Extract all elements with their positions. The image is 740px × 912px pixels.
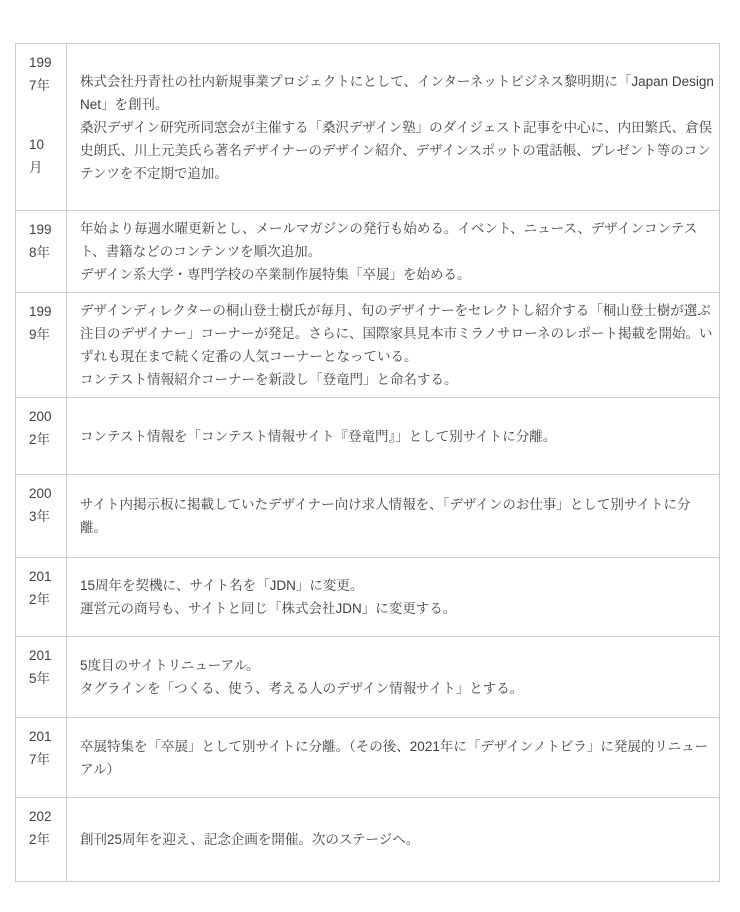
year-label: 1997年 [29, 51, 54, 97]
description-paragraph: 運営元の商号も、サイトと同じ「株式会社JDN」に変更する。 [80, 597, 714, 620]
table-row: 2022年 創刊25周年を迎え、記念企画を開催。次のステージへ。 [16, 798, 720, 882]
table-row: 2002年 コンテスト情報を「コンテスト情報サイト『登竜門』」として別サイトに分… [16, 398, 720, 475]
history-table: 1997年 10月 株式会社丹青社の社内新規事業プロジェクトにとして、インターネ… [15, 43, 720, 882]
description-cell: 創刊25周年を迎え、記念企画を開催。次のステージへ。 [67, 798, 720, 882]
description-paragraph: サイト内掲示板に掲載していたデザイナー向け求人情報を、「デザインのお仕事」として… [80, 493, 714, 539]
history-table-container: 1997年 10月 株式会社丹青社の社内新規事業プロジェクトにとして、インターネ… [15, 43, 720, 882]
year-cell: 2015年 [16, 637, 67, 718]
year-label: 2002年 [29, 405, 54, 451]
description-cell: 卒展特集を「卒展」として別サイトに分離。（その後、2021年に「デザインノトビラ… [67, 718, 720, 798]
year-label: 2022年 [29, 805, 54, 851]
year-cell: 2022年 [16, 798, 67, 882]
table-row: 2017年 卒展特集を「卒展」として別サイトに分離。（その後、2021年に「デザ… [16, 718, 720, 798]
year-label: 2012年 [29, 565, 54, 611]
month-label: 10月 [29, 133, 54, 179]
history-table-body: 1997年 10月 株式会社丹青社の社内新規事業プロジェクトにとして、インターネ… [16, 44, 720, 882]
table-row: 1997年 10月 株式会社丹青社の社内新規事業プロジェクトにとして、インターネ… [16, 44, 720, 211]
year-cell: 2017年 [16, 718, 67, 798]
year-cell: 2012年 [16, 558, 67, 637]
description-cell: 年始より毎週水曜更新とし、メールマガジンの発行も始める。イベント、ニュース、デザ… [67, 211, 720, 293]
table-row: 2012年 15周年を契機に、サイト名を「JDN」に変更。運営元の商号も、サイト… [16, 558, 720, 637]
table-row: 1998年 年始より毎週水曜更新とし、メールマガジンの発行も始める。イベント、ニ… [16, 211, 720, 293]
description-paragraph: デザイン系大学・専門学校の卒業制作展特集「卒展」を始める。 [80, 263, 714, 286]
table-row: 2015年 5度目のサイトリニューアル。タグラインを「つくる、使う、考える人のデ… [16, 637, 720, 718]
description-paragraph: 株式会社丹青社の社内新規事業プロジェクトにとして、インターネットビジネス黎明期に… [80, 70, 714, 116]
description-paragraph: タグラインを「つくる、使う、考える人のデザイン情報サイト」とする。 [80, 677, 714, 700]
year-label: 1999年 [29, 300, 54, 346]
year-cell: 2002年 [16, 398, 67, 475]
description-cell: 株式会社丹青社の社内新規事業プロジェクトにとして、インターネットビジネス黎明期に… [67, 44, 720, 211]
description-paragraph: デザインディレクターの桐山登士樹氏が毎月、旬のデザイナーをセレクトし紹介する「桐… [80, 299, 714, 368]
description-paragraph: 5度目のサイトリニューアル。 [80, 654, 714, 677]
year-cell: 1997年 10月 [16, 44, 67, 211]
year-label: 2017年 [29, 725, 54, 771]
description-cell: 5度目のサイトリニューアル。タグラインを「つくる、使う、考える人のデザイン情報サ… [67, 637, 720, 718]
description-paragraph: 創刊25周年を迎え、記念企画を開催。次のステージへ。 [80, 828, 714, 851]
year-label: 2003年 [29, 482, 54, 528]
description-paragraph: コンテスト情報を「コンテスト情報サイト『登竜門』」として別サイトに分離。 [80, 425, 714, 448]
description-cell: コンテスト情報を「コンテスト情報サイト『登竜門』」として別サイトに分離。 [67, 398, 720, 475]
description-cell: デザインディレクターの桐山登士樹氏が毎月、旬のデザイナーをセレクトし紹介する「桐… [67, 293, 720, 398]
description-paragraph: 年始より毎週水曜更新とし、メールマガジンの発行も始める。イベント、ニュース、デザ… [80, 217, 714, 263]
year-cell: 2003年 [16, 475, 67, 558]
year-cell: 1999年 [16, 293, 67, 398]
year-cell: 1998年 [16, 211, 67, 293]
year-label: 2015年 [29, 644, 54, 690]
description-cell: 15周年を契機に、サイト名を「JDN」に変更。運営元の商号も、サイトと同じ「株式… [67, 558, 720, 637]
year-label: 1998年 [29, 218, 54, 264]
table-row: 2003年 サイト内掲示板に掲載していたデザイナー向け求人情報を、「デザインのお… [16, 475, 720, 558]
description-paragraph: 卒展特集を「卒展」として別サイトに分離。（その後、2021年に「デザインノトビラ… [80, 735, 714, 781]
description-paragraph: 15周年を契機に、サイト名を「JDN」に変更。 [80, 574, 714, 597]
description-cell: サイト内掲示板に掲載していたデザイナー向け求人情報を、「デザインのお仕事」として… [67, 475, 720, 558]
table-row: 1999年 デザインディレクターの桐山登士樹氏が毎月、旬のデザイナーをセレクトし… [16, 293, 720, 398]
description-paragraph: コンテスト情報紹介コーナーを新設し「登竜門」と命名する。 [80, 368, 714, 391]
description-paragraph: 桑沢デザイン研究所同窓会が主催する「桑沢デザイン塾」のダイジェスト記事を中心に、… [80, 116, 714, 185]
